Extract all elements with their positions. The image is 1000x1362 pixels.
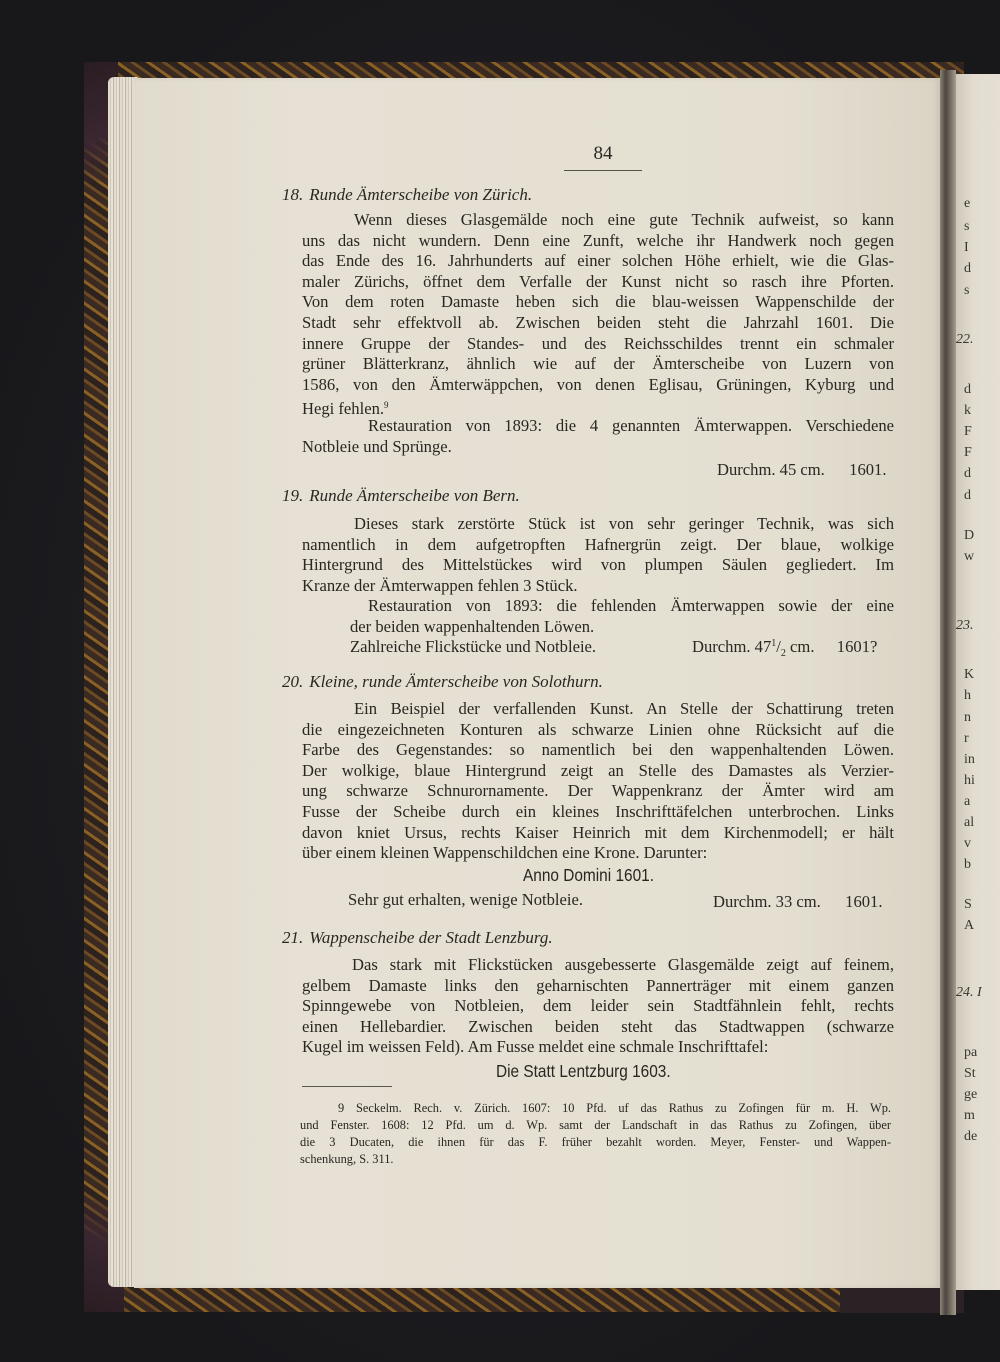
text-line: uns das nicht wundern. Denn eine Zunft, …: [302, 231, 894, 252]
text-line: Spinngewebe von Notbleien, dem leider se…: [302, 996, 894, 1017]
entry-19-condition: Zahlreiche Flickstücke und Notbleie.: [350, 637, 596, 657]
text-line: Wenn dieses Glasgemälde noch eine gute T…: [302, 210, 894, 231]
facing-page-fragment: esIds22.dkFFddDw23.KhnrinhiaalvbSA24. Ip…: [956, 74, 1000, 1290]
text-line: Stadt sehr effektvoll ab. Zwischen beide…: [302, 313, 894, 334]
text-line: über einem kleinen Wappenschildchen eine…: [302, 843, 894, 864]
entry-18-meta: Durchm. 45 cm. 1601.: [717, 460, 887, 480]
footnote-rule: [302, 1086, 392, 1087]
entry-18-title: 18.Runde Ämterscheibe von Zürich.: [282, 185, 532, 205]
facing-page-text-fragment: in: [964, 752, 975, 768]
text-line: einen Hellebardier. Zwischen beiden steh…: [302, 1017, 894, 1038]
page-number-rule: [564, 170, 642, 171]
footnote-line: schenkung, S. 311.: [300, 1151, 891, 1168]
facing-page-text-fragment: d: [964, 466, 971, 482]
text-line: Notbleie und Sprünge.: [302, 437, 894, 458]
text-line: davon kniet Ursus, rechts Kaiser Heinric…: [302, 823, 894, 844]
page-number: 84: [564, 143, 642, 165]
dimensions-unit: cm.: [786, 637, 815, 656]
footnote-line: und Fenster. 1608: 12 Pfd. um d. Wp. sam…: [300, 1117, 891, 1134]
text-line: Kranze der Ämterwappen fehlen 3 Stück.: [302, 576, 894, 597]
facing-page-text-fragment: I: [964, 240, 969, 256]
entry-title-text: Runde Ämterscheibe von Bern.: [309, 486, 520, 505]
facing-page-text-fragment: 24. I: [956, 985, 982, 1001]
facing-page-text-fragment: d: [964, 488, 971, 504]
book-gutter: [940, 70, 956, 1315]
facing-page-text-fragment: m: [964, 1108, 975, 1124]
entry-number: 19.: [282, 486, 303, 505]
facing-page-text-fragment: S: [964, 897, 972, 913]
date: 1601.: [845, 892, 882, 911]
text-line: Ein Beispiel der verfallenden Kunst. An …: [302, 699, 894, 720]
facing-page-text-fragment: hi: [964, 773, 975, 789]
entry-21-paragraph-1: Das stark mit Flickstücken ausgebesserte…: [302, 955, 894, 1058]
facing-page-text-fragment: k: [964, 403, 971, 419]
text-line: die eingezeichneten Konturen als schwarz…: [302, 720, 894, 741]
footnote-reference[interactable]: 9: [384, 400, 389, 410]
facing-page-text-fragment: r: [964, 731, 969, 747]
text-line: der beiden wappenhaltenden Löwen.: [350, 617, 894, 638]
text-line: namentlich in dem aufgetropften Hafnergr…: [302, 535, 894, 556]
dimensions: Durchm. 471/2 cm.: [692, 637, 814, 656]
entry-18-paragraph-2: Restauration von 1893: die 4 genannten Ä…: [302, 416, 894, 457]
date: 1601.: [849, 460, 886, 479]
facing-page-text-fragment: pa: [964, 1045, 977, 1061]
dimensions: Durchm. 33 cm.: [713, 892, 821, 911]
text-line: Das stark mit Flickstücken ausgebesserte…: [302, 955, 894, 976]
facing-page-text-fragment: K: [964, 667, 974, 683]
entry-number: 21.: [282, 928, 303, 947]
facing-page-text-fragment: d: [964, 382, 971, 398]
text-line: Fusse der Scheibe durch ein kleines Insc…: [302, 802, 894, 823]
facing-page-text-fragment: A: [964, 918, 974, 934]
facing-page-text-fragment: w: [964, 549, 974, 565]
text-line: Von dem roten Damaste heben sich die bla…: [302, 292, 894, 313]
text-line: Farbe des Gegenstandes: so namentlich be…: [302, 740, 894, 761]
footnote-line: die 3 Ducaten, die ihnen für das F. früh…: [300, 1134, 891, 1151]
text-line: maler Zürichs, öffnet dem Verfalle der K…: [302, 272, 894, 293]
text-line: Hintergrund des Mittelstückes wird von p…: [302, 555, 894, 576]
date: 1601?: [837, 637, 878, 656]
facing-page-text-fragment: n: [964, 710, 971, 726]
text-line: gelbem Damaste links den geharnischten P…: [302, 976, 894, 997]
entry-19-meta: Durchm. 471/2 cm. 1601?: [692, 637, 877, 659]
entry-20-meta: Durchm. 33 cm. 1601.: [713, 892, 883, 912]
entry-20-condition: Sehr gut erhalten, wenige Notbleie.: [348, 890, 583, 910]
facing-page-text-fragment: D: [964, 528, 974, 544]
facing-page-text-fragment: al: [964, 815, 974, 831]
entry-21-title: 21.Wappenscheibe der Stadt Lenzburg.: [282, 928, 553, 948]
text-line: das Ende des 16. Jahrhunderts auf einer …: [302, 251, 894, 272]
footnote: 9 Seckelm. Rech. v. Zürich. 1607: 10 Pfd…: [300, 1100, 891, 1168]
text-line: Dieses stark zerstörte Stück ist von seh…: [302, 514, 894, 535]
dimensions-value: Durchm. 47: [692, 637, 771, 656]
facing-page-text-fragment: b: [964, 857, 971, 873]
facing-page-text-fragment: 23.: [956, 618, 974, 634]
facing-page-text-fragment: e: [964, 196, 970, 212]
entry-19-title: 19.Runde Ämterscheibe von Bern.: [282, 486, 520, 506]
text-line: Hegi fehlen.9: [302, 395, 894, 416]
facing-page-text-fragment: h: [964, 688, 971, 704]
entry-19-paragraph-1: Dieses stark zerstörte Stück ist von seh…: [302, 514, 894, 596]
facing-page-text-fragment: ge: [964, 1087, 977, 1103]
facing-page-text-fragment: a: [964, 794, 970, 810]
entry-title-text: Kleine, runde Ämterscheibe von Solothurn…: [309, 672, 603, 691]
text-line: grüner Blätterkranz, ähnlich wie auf der…: [302, 354, 894, 375]
facing-page-text-fragment: F: [964, 424, 972, 440]
text-line: ung schwarze Schnurornamente. Der Wappen…: [302, 781, 894, 802]
entry-title-text: Runde Ämterscheibe von Zürich.: [309, 185, 532, 204]
entry-19-paragraph-2: Restauration von 1893: die fehlenden Ämt…: [350, 596, 894, 637]
entry-18-paragraph-1: Wenn dieses Glasgemälde noch eine gute T…: [302, 210, 894, 416]
entry-21-inscription: Die Statt Lentzburg 1603.: [496, 1061, 671, 1082]
facing-page-text-fragment: s: [964, 283, 969, 299]
text-line: Restauration von 1893: die 4 genannten Ä…: [302, 416, 894, 437]
facing-page-text-fragment: d: [964, 261, 971, 277]
entry-number: 18.: [282, 185, 303, 204]
text-line: Kugel im weissen Feld). Am Fusse meldet …: [302, 1037, 894, 1058]
text-line: Der wolkige, blaue Hintergrund zeigt an …: [302, 761, 894, 782]
facing-page-text-fragment: v: [964, 836, 971, 852]
text-line: Restauration von 1893: die fehlenden Ämt…: [350, 596, 894, 617]
facing-page-text-fragment: St: [964, 1066, 976, 1082]
entry-20-title: 20.Kleine, runde Ämterscheibe von Soloth…: [282, 672, 603, 692]
facing-page-text-fragment: F: [964, 445, 972, 461]
text-line: 1586, von den Ämterwäppchen, von denen E…: [302, 375, 894, 396]
text-line: innere Gruppe der Standes- und des Reich…: [302, 334, 894, 355]
footnote-line: 9 Seckelm. Rech. v. Zürich. 1607: 10 Pfd…: [300, 1100, 891, 1117]
facing-page-text-fragment: s: [964, 219, 969, 235]
entry-20-paragraph-1: Ein Beispiel der verfallenden Kunst. An …: [302, 699, 894, 864]
dimensions: Durchm. 45 cm.: [717, 460, 825, 479]
facing-page-text-fragment: 22.: [956, 332, 974, 348]
fraction-numerator: 1: [771, 638, 776, 649]
entry-title-text: Wappenscheibe der Stadt Lenzburg.: [309, 928, 552, 947]
entry-20-inscription: Anno Domini 1601.: [523, 865, 654, 886]
facing-page-text-fragment: de: [964, 1129, 977, 1145]
entry-number: 20.: [282, 672, 303, 691]
